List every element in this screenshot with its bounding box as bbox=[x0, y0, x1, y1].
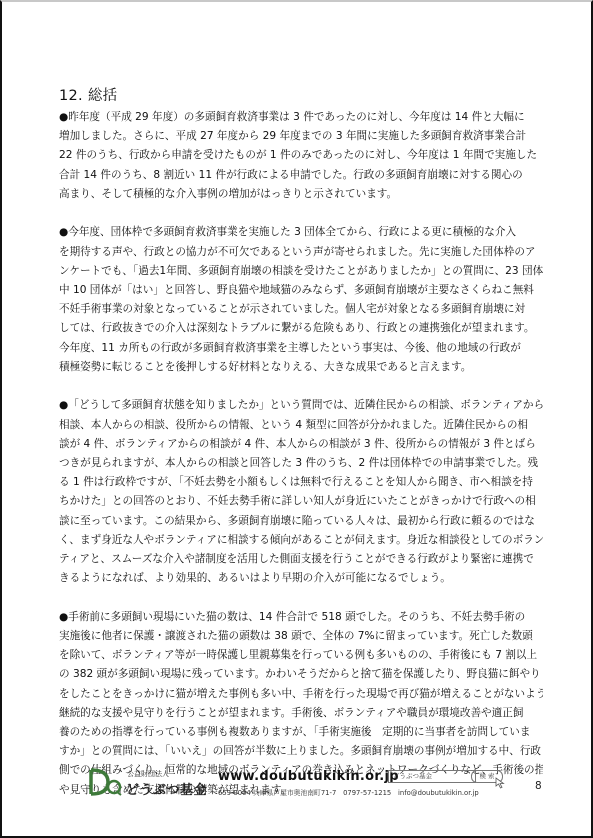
text-line: 相談、本人からの相談、役所からの情報、という 4 類型に回答が分かれました。近隣… bbox=[59, 416, 543, 435]
text-line: 継続的な支援や見守りを行うことが望まれます。手術後、ボランティアや職員が環境改善… bbox=[59, 704, 543, 723]
text-line: 積極姿勢に転じることを後押しする好材料となりえる、大きな成果であると言えます。 bbox=[59, 358, 543, 377]
text-line: ンケートでも、「過去1年間、多頭飼育崩壊の相談を受けたことがありましたか」との質… bbox=[59, 262, 543, 281]
text-line: 増加しました。さらに、平成 27 年度から 29 年度までの 3 年間に実施した… bbox=[59, 127, 543, 146]
text-line: く、まず身近な人やボランティアに相談する傾向があることが伺えます。身近な相談役と… bbox=[59, 531, 543, 550]
org-type: 公益財団法人 bbox=[127, 769, 169, 779]
section-heading: 12. 総括 bbox=[59, 84, 117, 105]
page-number: 8 bbox=[535, 780, 542, 792]
website-link[interactable]: www.doubutukikin.or.jp bbox=[218, 769, 399, 784]
text-line: すか」との質問には、「いいえ」の回答が半数に上りました。多頭飼育崩壊の事例が増加… bbox=[59, 742, 543, 761]
text-line: 今年度、11 カ所もの行政が多頭飼育救済事業を主導したという事実は、今後、他の地… bbox=[59, 339, 543, 358]
text-line: ちかけた」との回答のとおり、不妊去勢手術に詳しい知人が身近にいたことがきっかけで… bbox=[59, 492, 543, 511]
text-line: 高まり、そして積極的な介入事例の増加がはっきりと示されています。 bbox=[59, 185, 543, 204]
text-line: ●昨年度（平成 29 年度）の多頭飼育救済事業は 3 件であったのに対し、今年度… bbox=[59, 108, 543, 127]
text-line: ●「どうして多頭飼育状態を知りましたか」という質問では、近隣住民からの相談、ボラ… bbox=[59, 396, 543, 415]
text-line: 不妊手術事業の対象となっていることが示されていました。個人宅が対象となる多頭飼育… bbox=[59, 300, 543, 319]
text-line: 合計 14 件のうち、8 割近い 11 件が行政による申請でした。行政の多頭飼育… bbox=[59, 166, 543, 185]
text-line: をしたことをきっかけに猫が増えた事例も多い中、手術を行った現場で再び猫が増えるこ… bbox=[59, 685, 543, 704]
text-line: ティアと、スムーズな介入や諸制度を活用した側面支援を行うことができる行政がより緊… bbox=[59, 550, 543, 569]
summary-body: ●昨年度（平成 29 年度）の多頭飼育救済事業は 3 件であったのに対し、今年度… bbox=[59, 108, 543, 819]
text-line: を除いて、ボランティア等が一時保護し里親募集を行っている例も多いものの、手術後に… bbox=[59, 646, 543, 665]
text-line: の 382 頭が多頭飼い現場に残っています。かわいそうだからと捨て猫を保護したり… bbox=[59, 665, 543, 684]
text-line: 22 件のうち、行政から申請を受けたものが 1 件のみであったのに対し、今年度は… bbox=[59, 146, 543, 165]
doubutsu-kikin-logo-icon bbox=[88, 768, 124, 796]
search-input[interactable]: どうぶつ基金 bbox=[388, 770, 476, 783]
text-line: つきが見られますが、本人からの相談と回答した 3 件のうち、2 件は団体枠での申… bbox=[59, 454, 543, 473]
text-line: を期待する声や、行政との協力が不可欠であるという声が寄せられました。先に実施した… bbox=[59, 243, 543, 262]
contact-address: 659-0004 兵庫県芦屋市奥池南町71-7 0797-57-1215 inf… bbox=[218, 787, 479, 797]
text-line: しては、行政抜きでの介入は深刻なトラブルに繋がる危険もあり、行政との連携強化が望… bbox=[59, 319, 543, 338]
mouse-cursor-icon bbox=[495, 777, 507, 789]
text-line: 中 10 団体が「はい」と回答し、野良猫や地域猫のみならず、多頭飼育崩壊が主要な… bbox=[59, 281, 543, 300]
text-line: ●手術前に多頭飼い現場にいた猫の数は、14 件合計で 518 頭でした。そのうち… bbox=[59, 608, 543, 627]
text-line: 養のための指導を行っている事例も複数ありますが、「手術実施後 定期的に当事者を訪… bbox=[59, 723, 543, 742]
org-name: どうぶつ基金 bbox=[126, 779, 207, 798]
text-line: 談が 4 件、ボランティアからの相談が 4 件、本人からの相談が 3 件、役所か… bbox=[59, 435, 543, 454]
document-page: 12. 総括 ●昨年度（平成 29 年度）の多頭飼育救済事業は 3 件であったの… bbox=[0, 0, 593, 838]
page-footer: 公益財団法人 どうぶつ基金 www.doubutukikin.or.jp 659… bbox=[2, 766, 593, 806]
text-line: ●今年度、団体枠で多頭飼育救済事業を実施した 3 団体全てから、行政による更に積… bbox=[59, 223, 543, 242]
paragraph-1: ●昨年度（平成 29 年度）の多頭飼育救済事業は 3 件であったのに対し、今年度… bbox=[59, 108, 543, 204]
text-line: きるようになれば、より効果的、あるいはより早期の介入が可能になるでしょう。 bbox=[59, 569, 543, 588]
paragraph-2: ●今年度、団体枠で多頭飼育救済事業を実施した 3 団体全てから、行政による更に積… bbox=[59, 223, 543, 377]
paragraph-3: ●「どうして多頭飼育状態を知りましたか」という質問では、近隣住民からの相談、ボラ… bbox=[59, 396, 543, 588]
text-line: 談に至っています。この結果から、多頭飼育崩壊に陥っている人々は、最初から行政に頼… bbox=[59, 512, 543, 531]
text-line: 実施後に他者に保護・譲渡された猫の頭数は 38 頭で、全体の 7%に留まっていま… bbox=[59, 627, 543, 646]
text-line: る 1 件は行政枠ですが、「不妊去勢を小額もしくは無料で行えることを知人から聞き… bbox=[59, 473, 543, 492]
